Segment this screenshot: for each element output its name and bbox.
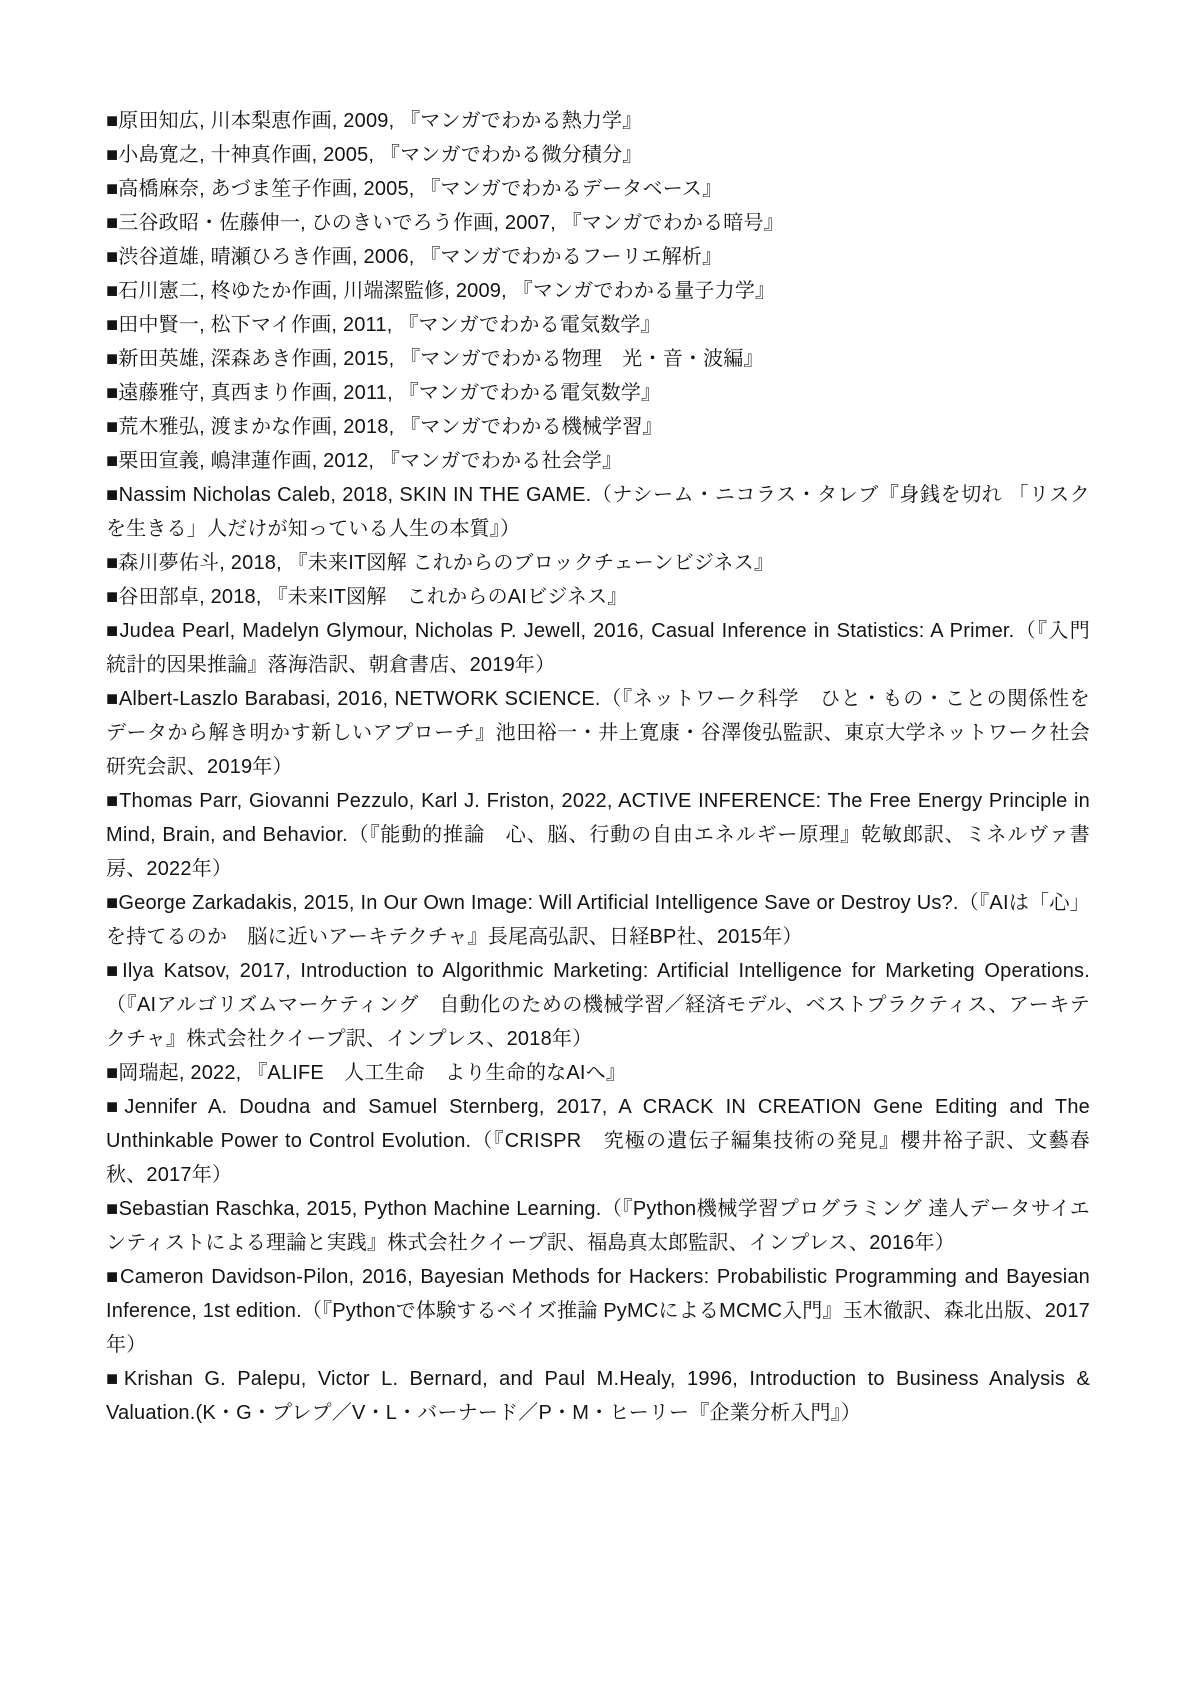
reference-item: ■Ilya Katsov, 2017, Introduction to Algo… <box>106 954 1090 1056</box>
reference-item: ■三谷政昭・佐藤伸一, ひのきいでろう作画, 2007, 『マンガでわかる暗号』 <box>106 206 1090 240</box>
reference-item: ■Albert-Laszlo Barabasi, 2016, NETWORK S… <box>106 682 1090 784</box>
reference-item: ■Cameron Davidson-Pilon, 2016, Bayesian … <box>106 1260 1090 1362</box>
reference-item: ■原田知広, 川本梨恵作画, 2009, 『マンガでわかる熱力学』 <box>106 104 1090 138</box>
document-page: ■原田知広, 川本梨恵作画, 2009, 『マンガでわかる熱力学』 ■小島寛之,… <box>0 0 1190 1683</box>
reference-item: ■Jennifer A. Doudna and Samuel Sternberg… <box>106 1090 1090 1192</box>
reference-item: ■荒木雅弘, 渡まかな作画, 2018, 『マンガでわかる機械学習』 <box>106 410 1090 444</box>
reference-item: ■岡瑞起, 2022, 『ALIFE 人工生命 より生命的なAIへ』 <box>106 1056 1090 1090</box>
reference-item: ■谷田部卓, 2018, 『未来IT図解 これからのAIビジネス』 <box>106 580 1090 614</box>
reference-item: ■田中賢一, 松下マイ作画, 2011, 『マンガでわかる電気数学』 <box>106 308 1090 342</box>
reference-item: ■小島寛之, 十神真作画, 2005, 『マンガでわかる微分積分』 <box>106 138 1090 172</box>
reference-list: ■原田知広, 川本梨恵作画, 2009, 『マンガでわかる熱力学』 ■小島寛之,… <box>106 104 1090 1430</box>
reference-item: ■遠藤雅守, 真西まり作画, 2011, 『マンガでわかる電気数学』 <box>106 376 1090 410</box>
reference-item: ■石川憲二, 柊ゆたか作画, 川端潔監修, 2009, 『マンガでわかる量子力学… <box>106 274 1090 308</box>
reference-item: ■George Zarkadakis, 2015, In Our Own Ima… <box>106 886 1090 954</box>
reference-item: ■Nassim Nicholas Caleb, 2018, SKIN IN TH… <box>106 478 1090 546</box>
reference-item: ■森川夢佑斗, 2018, 『未来IT図解 これからのブロックチェーンビジネス』 <box>106 546 1090 580</box>
reference-item: ■Judea Pearl, Madelyn Glymour, Nicholas … <box>106 614 1090 682</box>
reference-item: ■Sebastian Raschka, 2015, Python Machine… <box>106 1192 1090 1260</box>
reference-item: ■新田英雄, 深森あき作画, 2015, 『マンガでわかる物理 光・音・波編』 <box>106 342 1090 376</box>
reference-item: ■高橋麻奈, あづま笙子作画, 2005, 『マンガでわかるデータベース』 <box>106 172 1090 206</box>
reference-item: ■渋谷道雄, 晴瀬ひろき作画, 2006, 『マンガでわかるフーリエ解析』 <box>106 240 1090 274</box>
reference-item: ■栗田宣義, 嶋津蓮作画, 2012, 『マンガでわかる社会学』 <box>106 444 1090 478</box>
reference-item: ■Thomas Parr, Giovanni Pezzulo, Karl J. … <box>106 784 1090 886</box>
reference-item: ■Krishan G. Palepu, Victor L. Bernard, a… <box>106 1362 1090 1430</box>
